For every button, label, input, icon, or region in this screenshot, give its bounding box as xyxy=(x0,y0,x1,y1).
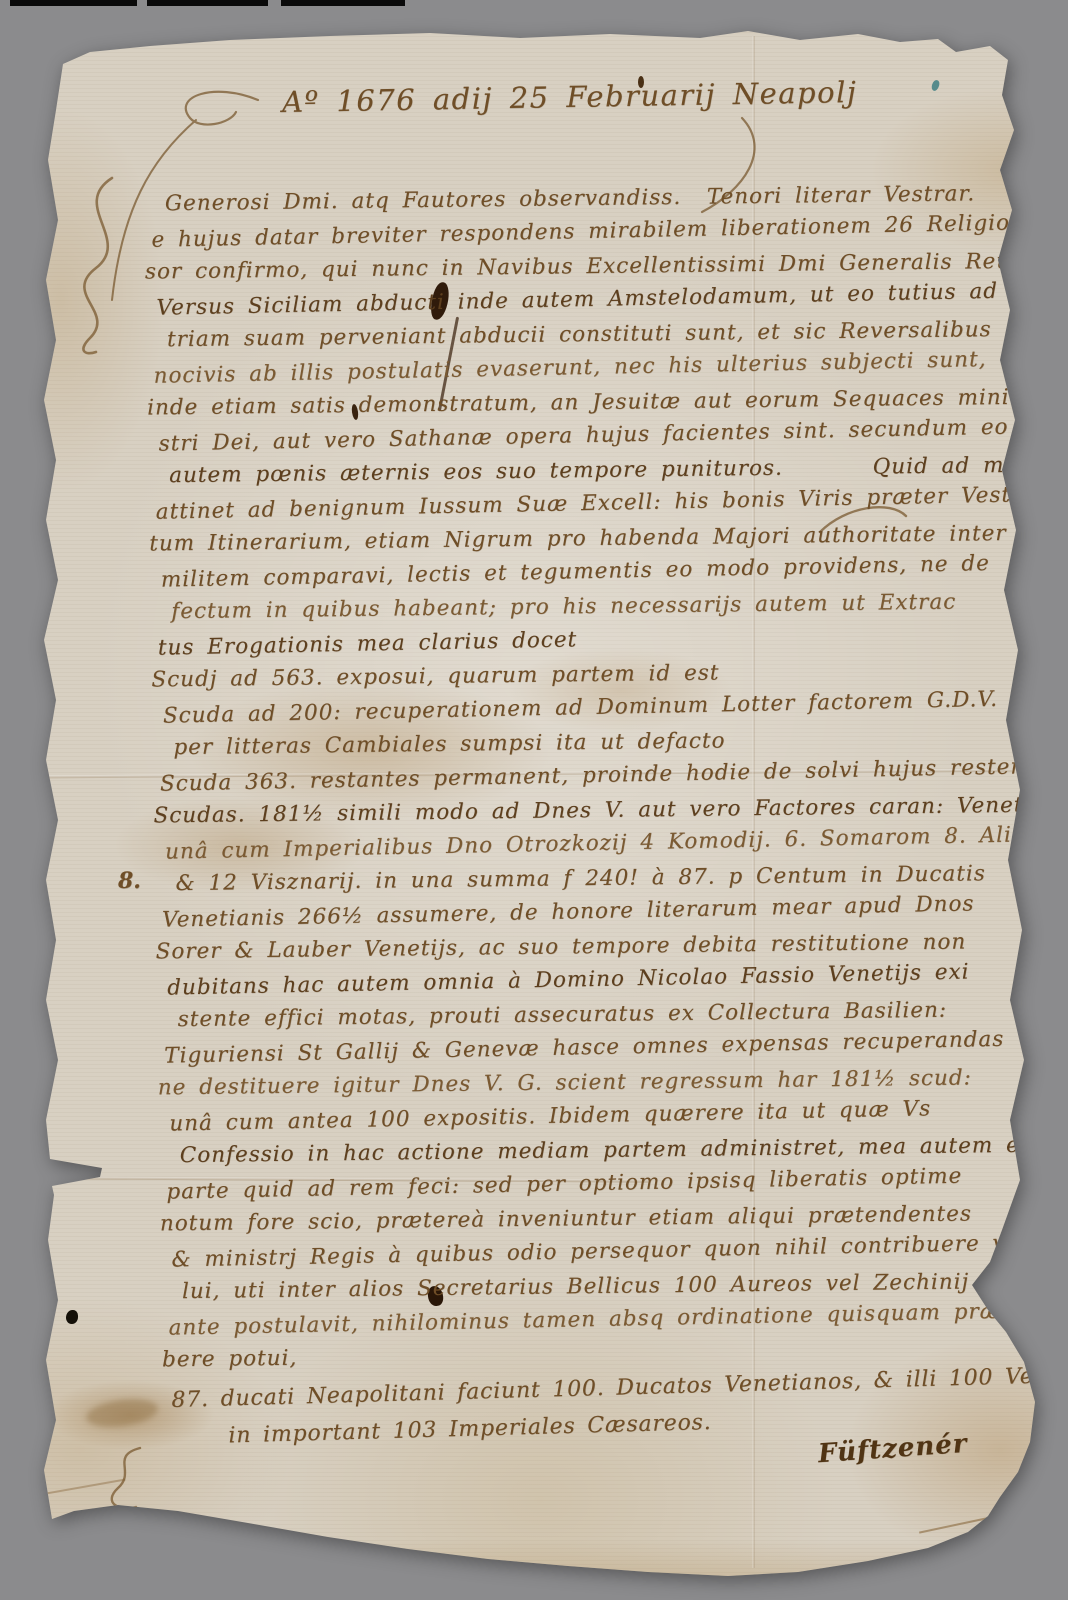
paper-shadow: Aº 1676 adij 25 Februarij Neapolj Genero… xyxy=(0,0,1068,1600)
dateline: Aº 1676 adij 25 Februarij Neapolj xyxy=(282,75,858,119)
fold-line-bottom-right-1 xyxy=(919,1508,1029,1533)
flourish-dateline-loop xyxy=(186,92,258,125)
flourish-bottom-squiggle xyxy=(112,1448,140,1508)
faded-smudge-bottom-left xyxy=(85,1395,160,1431)
letter-body: Generosi Dmi. atq Fautores observandiss.… xyxy=(139,175,1018,1378)
teal-fleck xyxy=(931,79,941,91)
fold-line-bottom-left xyxy=(40,1479,125,1496)
manuscript-paper: Aº 1676 adij 25 Februarij Neapolj Genero… xyxy=(0,0,1068,1600)
photo-background: Aº 1676 adij 25 Februarij Neapolj Genero… xyxy=(0,0,1068,1600)
fold-line-bottom-right-2 xyxy=(938,1540,1029,1555)
flourish-initial-swash xyxy=(83,178,112,353)
margin-note: 8. xyxy=(118,868,141,894)
ink-speck-left-margin xyxy=(66,1310,78,1324)
